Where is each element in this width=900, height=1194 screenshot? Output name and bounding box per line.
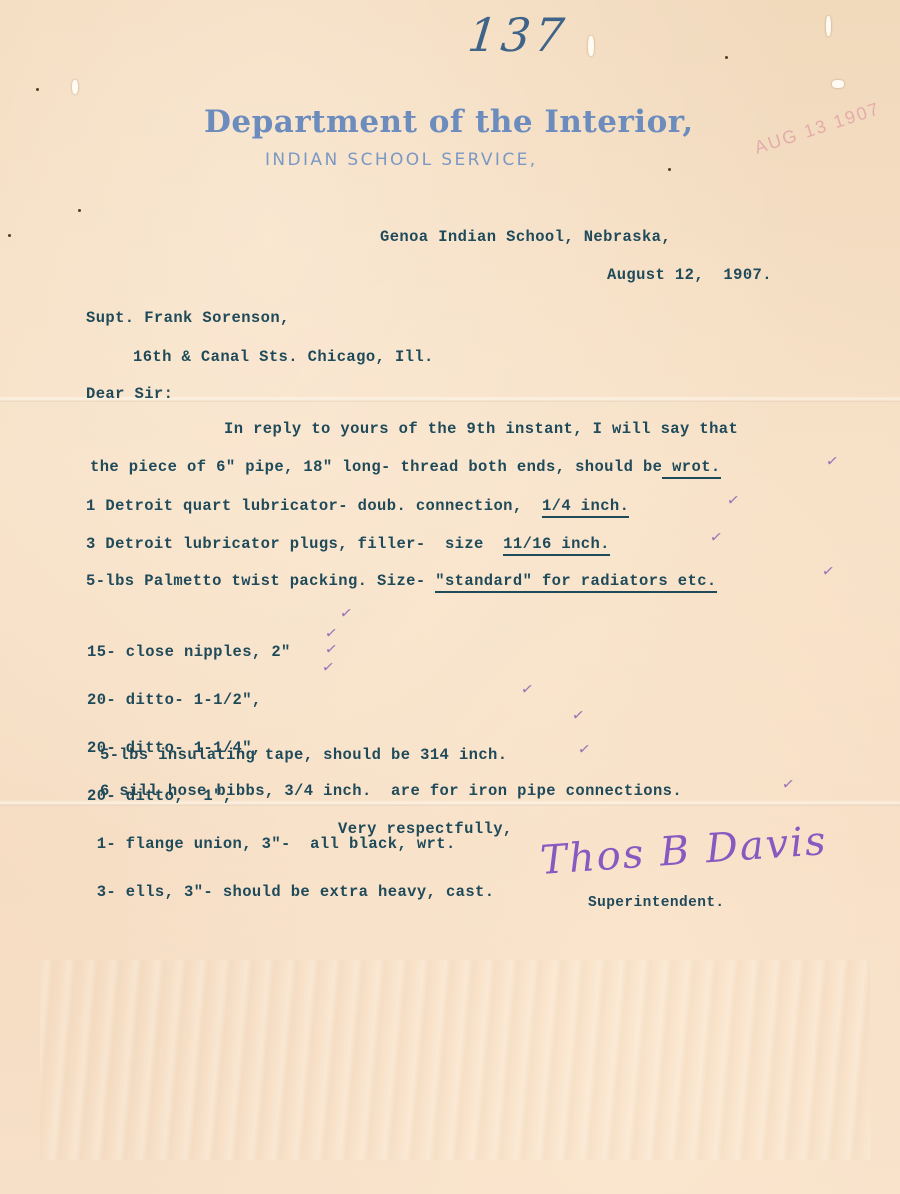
item-text: 3 Detroit lubricator plugs, filler- size <box>86 535 503 553</box>
item-text: 5-lbs Palmetto twist packing. Size- <box>86 572 435 590</box>
body-line-2-text: the piece of 6" pipe, 18" long- thread b… <box>90 458 662 476</box>
check-mark-icon: ✓ <box>324 639 339 659</box>
fitting-line: 1- flange union, 3"- all black, wrt. <box>87 836 494 852</box>
fittings-list: 15- close nipples, 2" 20- ditto- 1-1/2",… <box>87 612 494 932</box>
letter-date: August 12, 1907. <box>607 266 772 284</box>
punch-hole <box>72 80 78 94</box>
paper-speck <box>8 234 11 237</box>
salutation: Dear Sir: <box>86 385 173 403</box>
letterhead-title: Department of the Interior, <box>204 104 674 140</box>
fitting-line: 20- ditto- 1-1/2", <box>87 692 494 708</box>
paper-speck <box>78 209 81 212</box>
item-lubricator-plugs: 3 Detroit lubricator plugs, filler- size… <box>86 535 610 553</box>
letter-page: 137 AUG 13 1907 Department of the Interi… <box>0 0 900 1194</box>
check-mark-icon: ✓ <box>821 561 836 581</box>
item-size-underlined: 1/4 inch. <box>542 497 629 518</box>
fitting-line: 15- close nipples, 2" <box>87 644 494 660</box>
body-line-2: the piece of 6" pipe, 18" long- thread b… <box>90 458 721 476</box>
item-size-underlined: 11/16 inch. <box>503 535 610 556</box>
item-hose-bibbs: 6 sill hose bibbs, 3/4 inch. are for iro… <box>100 782 682 800</box>
check-mark-icon: ✓ <box>726 490 741 510</box>
valediction: Very respectfully, <box>338 820 513 838</box>
punch-hole <box>832 80 844 88</box>
check-mark-icon: ✓ <box>577 739 592 759</box>
fitting-line: 3- ells, 3"- should be extra heavy, cast… <box>87 884 494 900</box>
check-mark-icon: ✓ <box>339 603 354 623</box>
sender-place: Genoa Indian School, Nebraska, <box>380 228 671 246</box>
recipient-address: 16th & Canal Sts. Chicago, Ill. <box>133 348 434 366</box>
item-packing: 5-lbs Palmetto twist packing. Size- "sta… <box>86 572 717 590</box>
check-mark-icon: ✓ <box>825 451 840 471</box>
signer-title: Superintendent. <box>588 895 725 911</box>
check-mark-icon: ✓ <box>571 705 586 725</box>
paper-speck <box>725 56 728 59</box>
paper-wrinkles <box>40 960 870 1160</box>
punch-hole <box>826 16 831 36</box>
received-date-stamp: AUG 13 1907 <box>752 98 883 158</box>
handwritten-signature: Thos B Davis <box>539 818 829 884</box>
letterhead-subtitle: INDIAN SCHOOL SERVICE, <box>265 150 538 170</box>
check-mark-icon: ✓ <box>709 527 724 547</box>
body-line-1: In reply to yours of the 9th instant, I … <box>224 420 738 438</box>
check-mark-icon: ✓ <box>520 679 535 699</box>
recipient-name: Supt. Frank Sorenson, <box>86 309 290 327</box>
item-size-underlined: "standard" for radiators etc. <box>435 572 716 593</box>
paper-speck <box>36 88 39 91</box>
paper-speck <box>668 168 671 171</box>
item-lubricator: 1 Detroit quart lubricator- doub. connec… <box>86 497 629 515</box>
check-mark-icon: ✓ <box>321 657 336 677</box>
item-text: 1 Detroit quart lubricator- doub. connec… <box>86 497 542 515</box>
check-mark-icon: ✓ <box>781 774 796 794</box>
pencil-file-number: 137 <box>465 8 570 62</box>
punch-hole <box>588 36 594 56</box>
item-insulating-tape: 5-lbs insulating tape, should be 314 inc… <box>100 746 507 764</box>
underlined-wrot: wrot. <box>662 458 720 479</box>
